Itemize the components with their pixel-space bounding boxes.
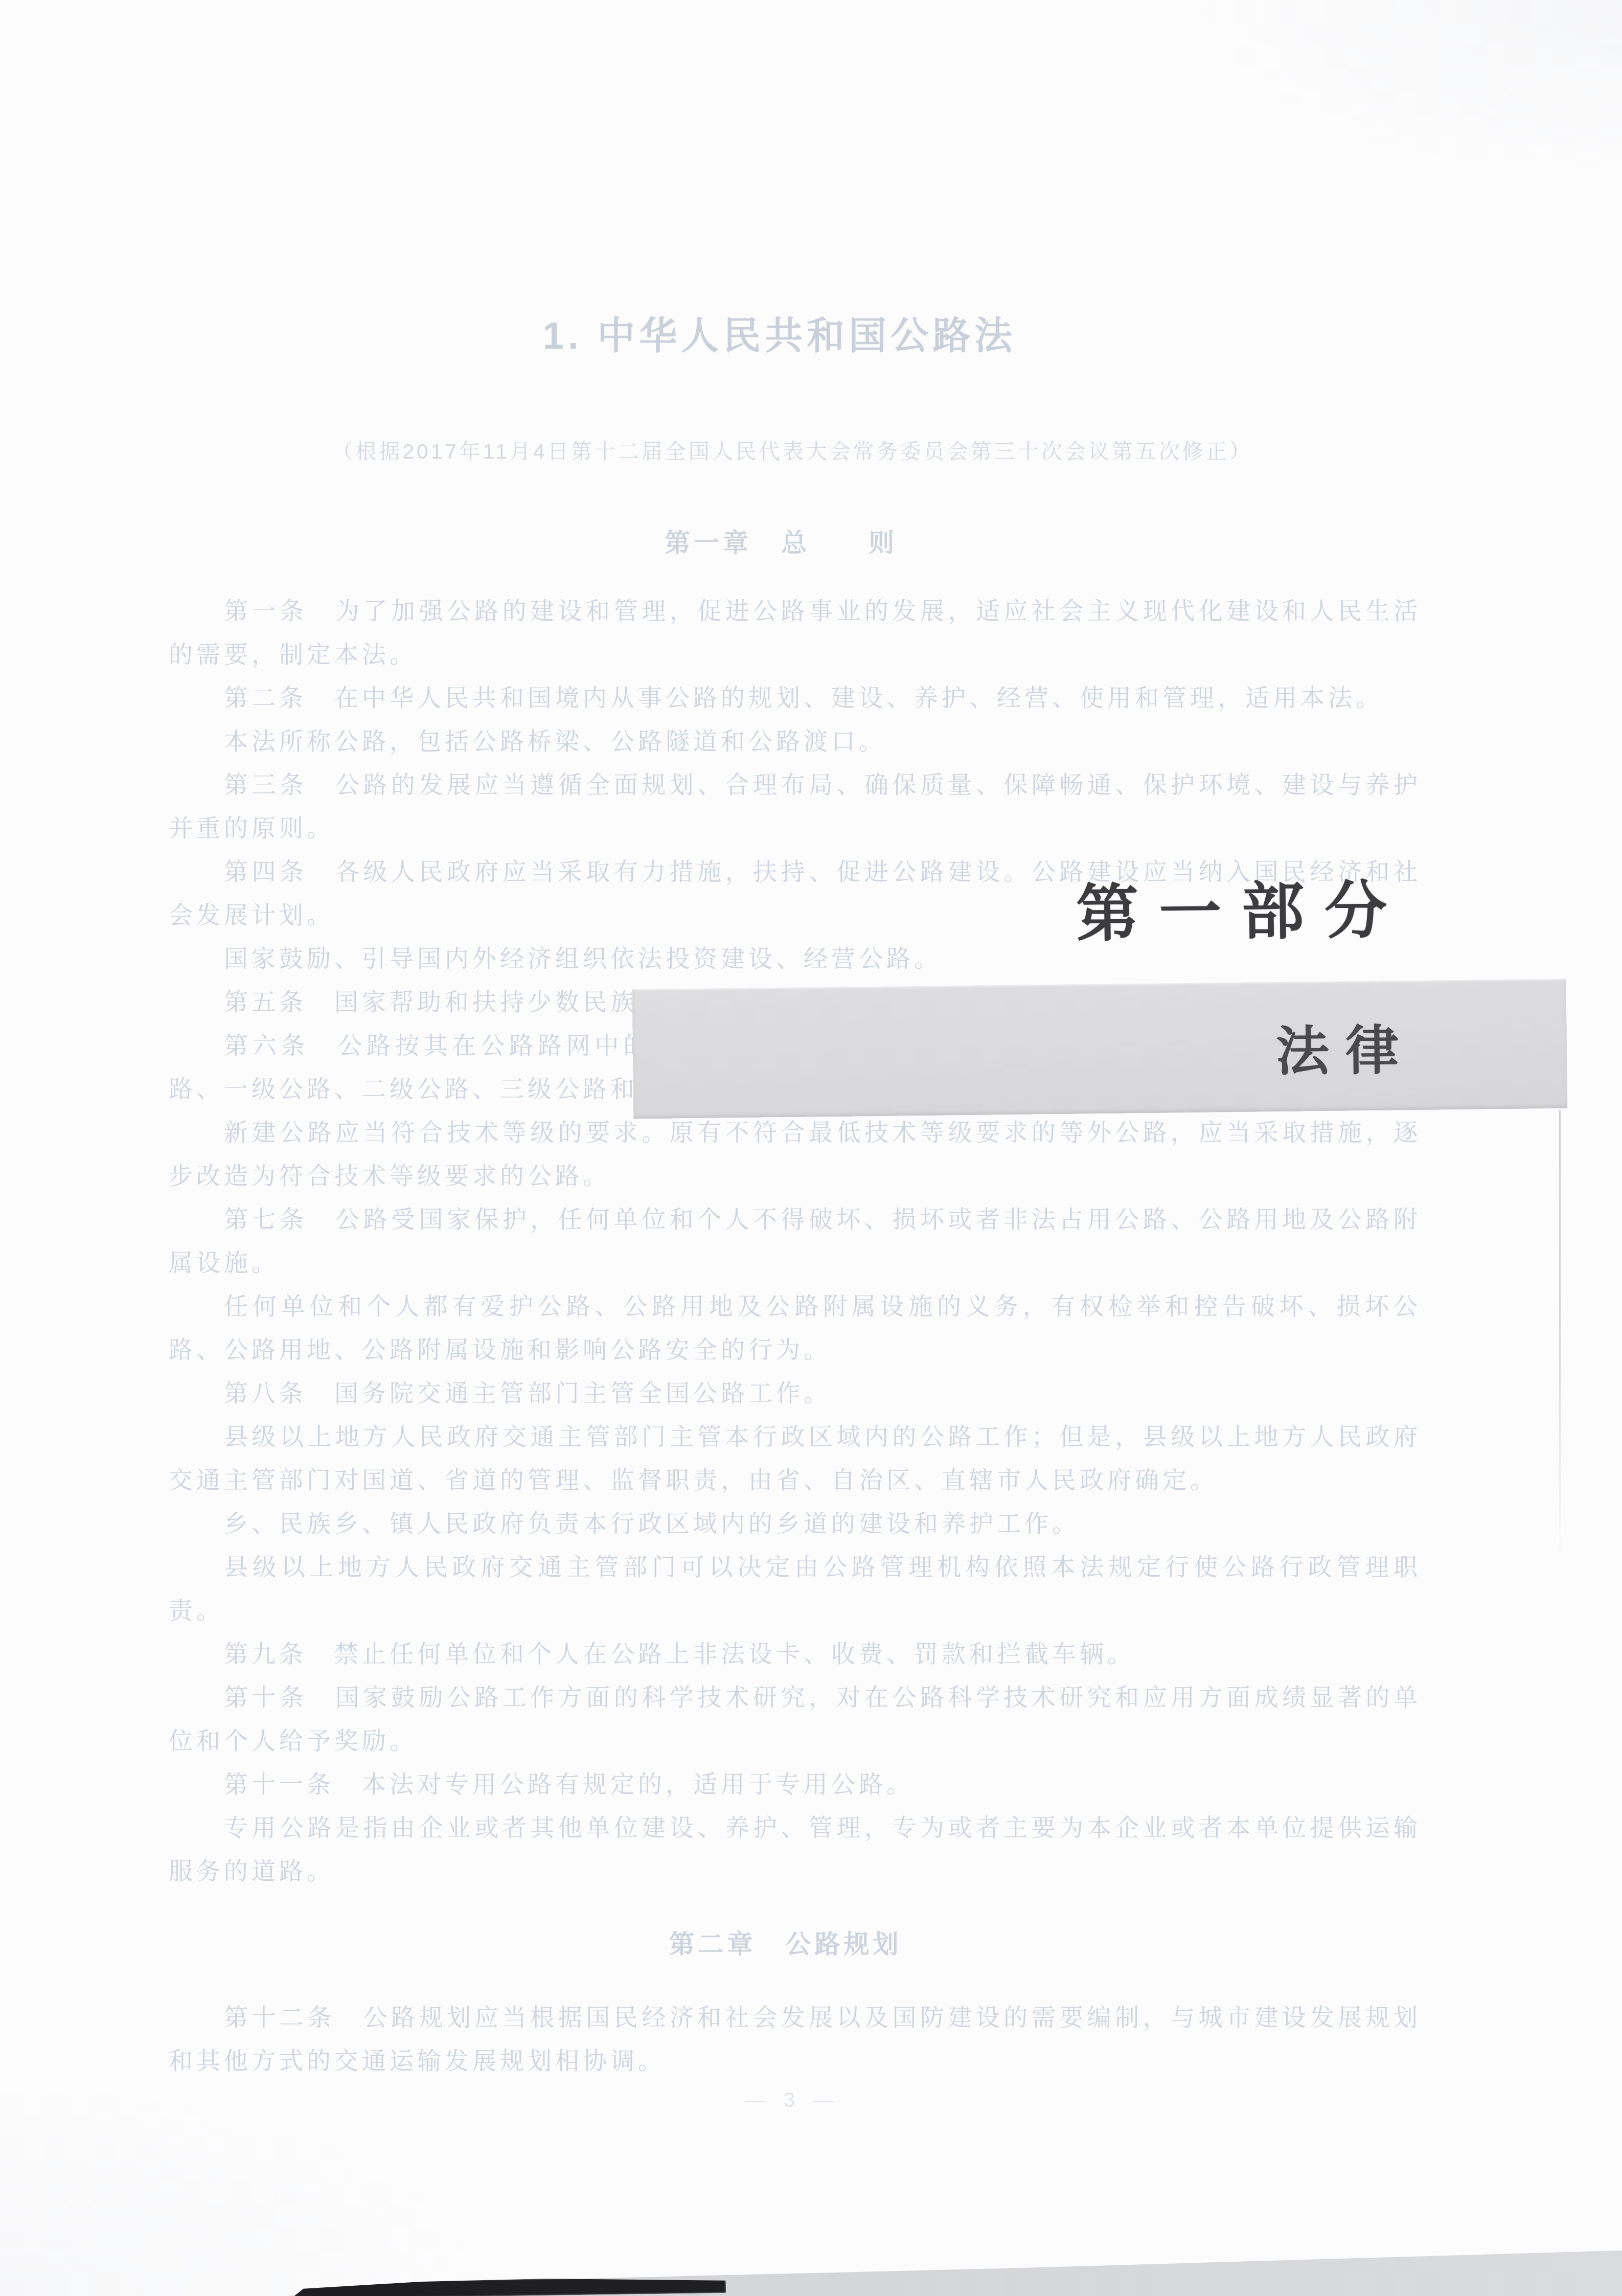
- law-paragraph: 县级以上地方人民政府交通主管部门可以决定由公路管理机构依照本法规定行使公路行政管…: [169, 1545, 1421, 1632]
- law-paragraph: 第二条 在中华人民共和国境内从事公路的规划、建设、养护、经营、使用和管理，适用本…: [169, 676, 1421, 719]
- scanned-page: 1. 中华人民共和国公路法 （根据2017年11月4日第十二届全国人民代表大会常…: [0, 0, 1622, 2296]
- amendment-note: （根据2017年11月4日第十二届全国人民代表大会常务委员会第三十次会议第五次修…: [0, 435, 1585, 465]
- law-body-chapter-1: 第一条 为了加强公路的建设和管理，促进公路事业的发展，适应社会主义现代化建设和人…: [169, 589, 1421, 1893]
- overlay-page-edge-line: [1559, 1110, 1561, 1560]
- law-paragraph: 第七条 公路受国家保护，任何单位和个人不得破坏、损坏或者非法占用公路、公路用地及…: [169, 1197, 1421, 1284]
- law-paragraph: 第八条 国务院交通主管部门主管全国公路工作。: [169, 1371, 1421, 1415]
- chapter-2-heading: 第二章 公路规划: [0, 1924, 1571, 1961]
- chapter-1-heading: 第一章 总 则: [0, 522, 1562, 559]
- law-paragraph: 第十二条 公路规划应当根据国民经济和社会发展以及国防建设的需要编制，与城市建设发…: [169, 1995, 1421, 2082]
- part-divider-band-label: 法律: [1275, 1007, 1415, 1085]
- law-paragraph: 任何单位和个人都有爱护公路、公路用地及公路附属设施的义务，有权检举和控告破坏、损…: [169, 1284, 1421, 1371]
- law-body-chapter-2: 第十二条 公路规划应当根据国民经济和社会发展以及国防建设的需要编制，与城市建设发…: [169, 1995, 1421, 2082]
- law-paragraph: 县级以上地方人民政府交通主管部门主管本行政区域内的公路工作；但是，县级以上地方人…: [169, 1415, 1421, 1502]
- law-paragraph: 专用公路是指由企业或者其他单位建设、养护、管理，专为或者主要为本企业或者本单位提…: [169, 1806, 1421, 1893]
- law-paragraph: 本法所称公路，包括公路桥梁、公路隧道和公路渡口。: [169, 719, 1421, 763]
- part-divider-title: 第一部分: [1076, 860, 1408, 953]
- law-paragraph: 新建公路应当符合技术等级的要求。原有不符合最低技术等级要求的等外公路，应当采取措…: [169, 1110, 1421, 1197]
- law-paragraph: 第十条 国家鼓励公路工作方面的科学技术研究，对在公路科学技术研究和应用方面成绩显…: [169, 1675, 1421, 1762]
- law-paragraph: 第一条 为了加强公路的建设和管理，促进公路事业的发展，适应社会主义现代化建设和人…: [169, 589, 1421, 676]
- law-paragraph: 第九条 禁止任何单位和个人在公路上非法设卡、收费、罚款和拦截车辆。: [169, 1632, 1421, 1675]
- law-paragraph: 第三条 公路的发展应当遵循全面规划、合理布局、确保质量、保障畅通、保护环境、建设…: [169, 763, 1421, 850]
- page-number: — 3 —: [0, 2089, 1585, 2112]
- document-title: 1. 中华人民共和国公路法: [0, 306, 1559, 360]
- part-divider-band: 法律: [632, 979, 1568, 1119]
- scan-bottom-dark-strip: [290, 2276, 726, 2296]
- law-paragraph: 乡、民族乡、镇人民政府负责本行政区域内的乡道的建设和养护工作。: [169, 1502, 1421, 1545]
- law-paragraph: 第十一条 本法对专用公路有规定的，适用于专用公路。: [169, 1762, 1421, 1806]
